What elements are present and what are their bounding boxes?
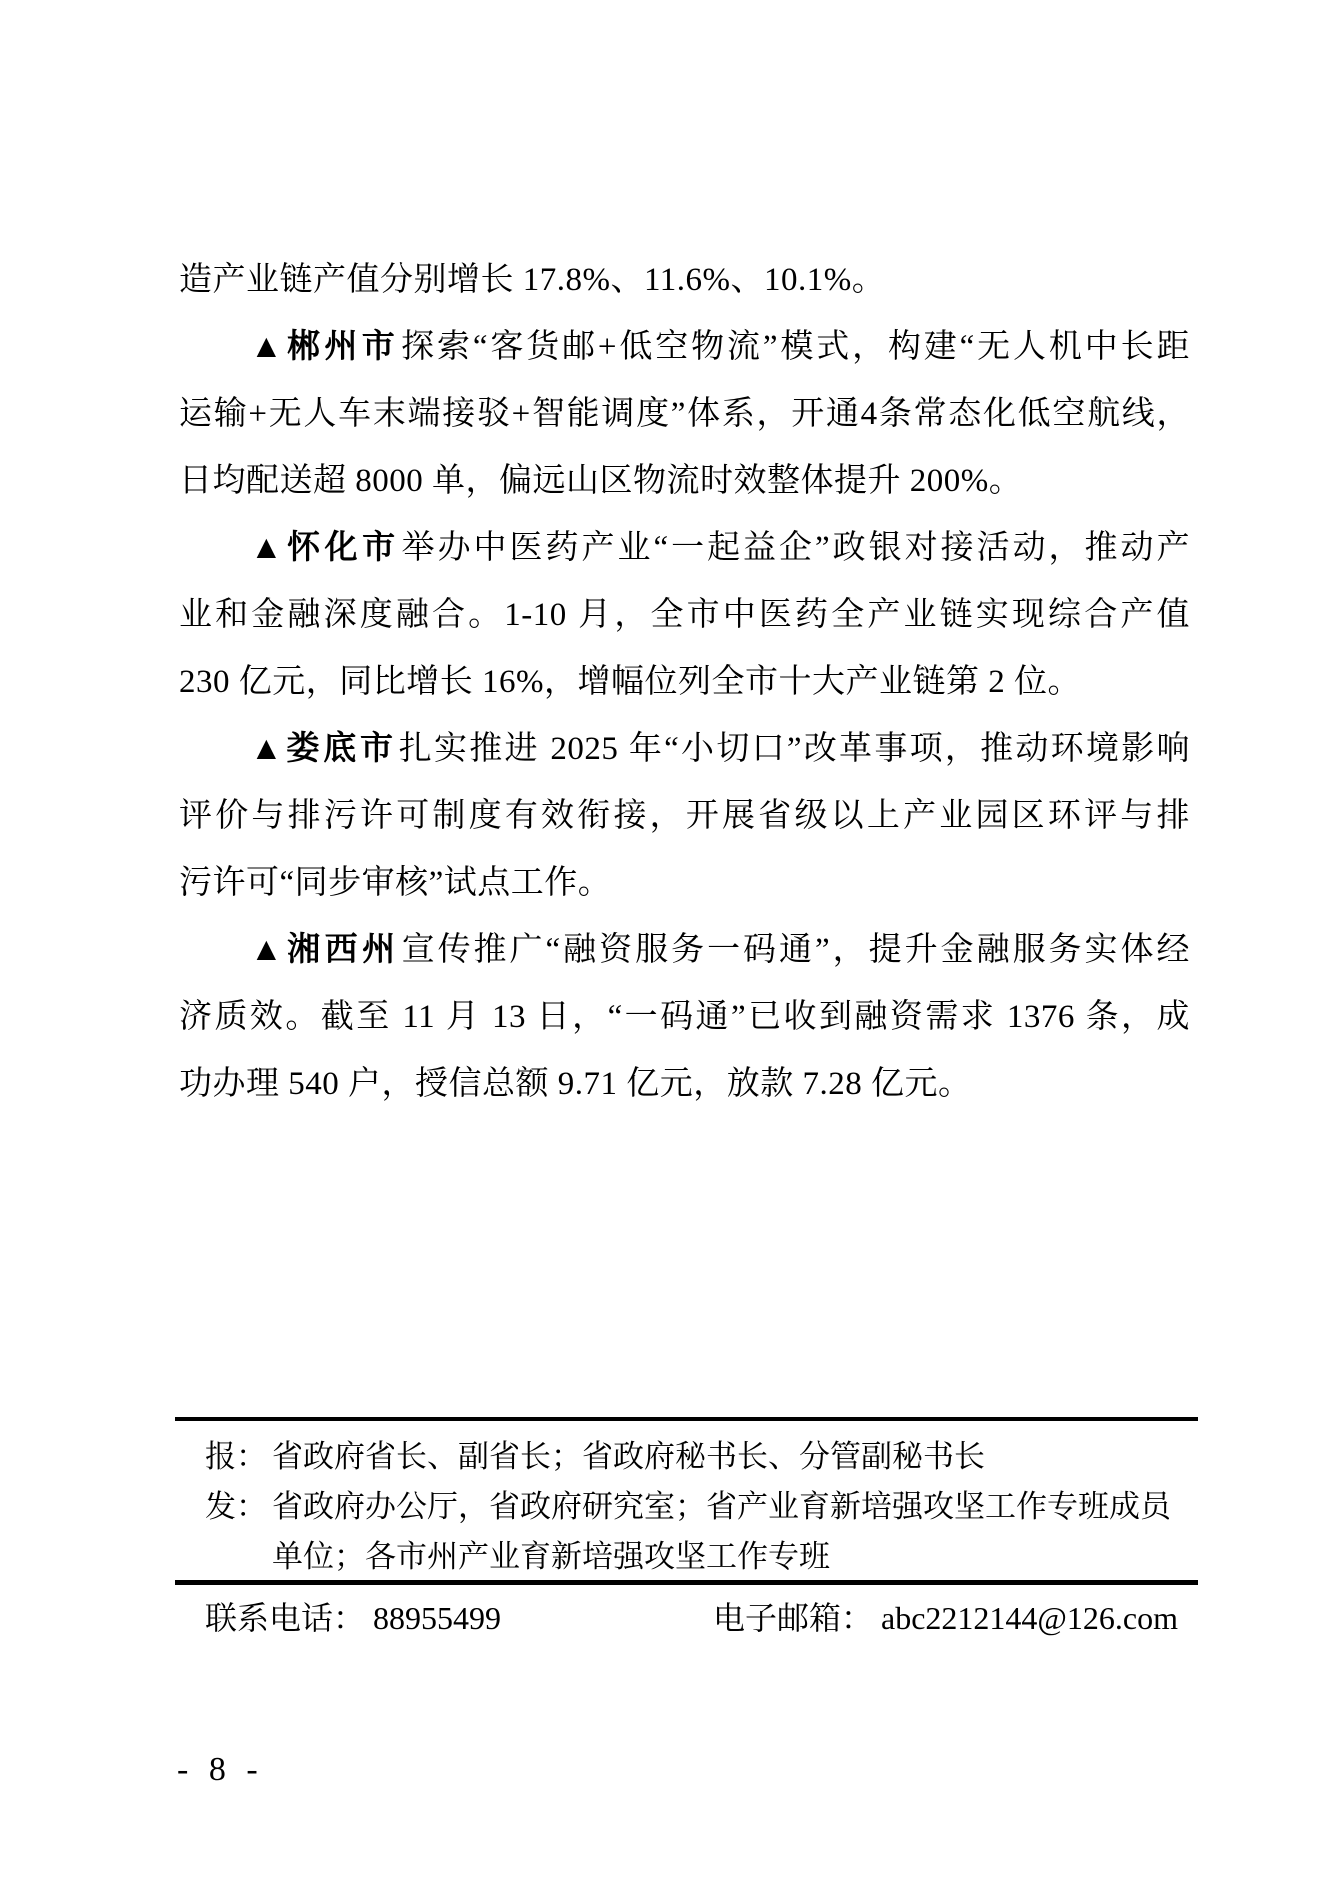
body-line: ▲湘西州宣传推广“融资服务一码通”，提升金融服务实体经 — [177, 915, 1190, 982]
city-name: ▲湘西州 — [250, 930, 402, 967]
line-text: 日均配送超 8000 单，偏远山区物流时效整体提升 200%。 — [179, 463, 1022, 499]
body-line: 日均配送超 8000 单，偏远山区物流时效整体提升 200%。 — [177, 446, 1190, 513]
contact-phone-group: 联系电话：88955499 — [205, 1600, 501, 1636]
contact-phone-number: 88955499 — [365, 1600, 501, 1636]
city-name: ▲郴州市 — [250, 327, 401, 364]
line-text: 济质效。截至 11 月 13 日，“一码通”已收到融资需求 1376 条，成 — [179, 999, 1190, 1035]
body-line: 污许可“同步审核”试点工作。 — [177, 848, 1190, 915]
city-name: ▲娄底市 — [250, 729, 399, 766]
distribute-line-2: 单位；各市州产业育新培强攻坚工作专班 — [272, 1532, 1190, 1582]
line-text: 功办理 540 户，授信总额 9.71 亿元，放款 7.28 亿元。 — [179, 1066, 972, 1102]
contact-email-group: 电子邮箱：abc2212144@126.com — [713, 1596, 1178, 1640]
line-text: 举办中医药产业“一起益企”政银对接活动，推动产 — [402, 530, 1190, 566]
footer-distribution-block: 报： 省政府省长、副省长；省政府秘书长、分管副秘书长 发： 省政府办公厅，省政府… — [205, 1432, 1190, 1582]
line-text: 运输+无人车末端接驳+智能调度”体系，开通4条常态化低空航线， — [179, 396, 1190, 432]
footer-distribute-row: 发： 省政府办公厅，省政府研究室；省产业育新培强攻坚工作专班成员 单位；各市州产… — [205, 1482, 1190, 1582]
body-line: 运输+无人车末端接驳+智能调度”体系，开通4条常态化低空航线， — [177, 379, 1190, 446]
body-line: ▲郴州市探索“客货邮+低空物流”模式，构建“无人机中长距 — [177, 312, 1190, 379]
body-line: 业和金融深度融合。1-10 月，全市中医药全产业链实现综合产值 — [177, 580, 1190, 647]
contact-phone-label: 联系电话： — [205, 1600, 365, 1636]
line-text: 污许可“同步审核”试点工作。 — [179, 865, 611, 901]
body-line: 230 亿元，同比增长 16%，增幅位列全市十大产业链第 2 位。 — [177, 647, 1190, 714]
report-recipients: 省政府省长、副省长；省政府秘书长、分管副秘书长 — [272, 1432, 1190, 1482]
body-line: ▲怀化市举办中医药产业“一起益企”政银对接活动，推动产 — [177, 513, 1190, 580]
body-line: 功办理 540 户，授信总额 9.71 亿元，放款 7.28 亿元。 — [177, 1049, 1190, 1116]
line-text: 业和金融深度融合。1-10 月，全市中医药全产业链实现综合产值 — [179, 597, 1190, 633]
body-line: 造产业链产值分别增长 17.8%、11.6%、10.1%。 — [177, 245, 1190, 312]
contact-email-label: 电子邮箱： — [713, 1600, 873, 1636]
footer-divider-top — [175, 1417, 1198, 1421]
line-text: 造产业链产值分别增长 17.8%、11.6%、10.1%。 — [179, 262, 885, 298]
document-body: 造产业链产值分别增长 17.8%、11.6%、10.1%。 ▲郴州市探索“客货邮… — [177, 245, 1190, 1116]
line-text: 探索“客货邮+低空物流”模式，构建“无人机中长距 — [401, 329, 1190, 365]
footer-report-row: 报： 省政府省长、副省长；省政府秘书长、分管副秘书长 — [205, 1432, 1190, 1482]
city-name: ▲怀化市 — [250, 528, 402, 565]
line-text: 230 亿元，同比增长 16%，增幅位列全市十大产业链第 2 位。 — [179, 664, 1081, 700]
line-text: 评价与排污许可制度有效衔接，开展省级以上产业园区环评与排 — [179, 798, 1190, 834]
line-text: 扎实推进 2025 年“小切口”改革事项，推动环境影响 — [399, 731, 1190, 767]
footer-contact-row: 联系电话：88955499 电子邮箱：abc2212144@126.com — [205, 1596, 1190, 1640]
body-line: 评价与排污许可制度有效衔接，开展省级以上产业园区环评与排 — [177, 781, 1190, 848]
line-text: 宣传推广“融资服务一码通”，提升金融服务实体经 — [402, 932, 1190, 968]
page-number: - 8 - — [177, 1748, 264, 1792]
distribute-recipients: 省政府办公厅，省政府研究室；省产业育新培强攻坚工作专班成员 单位；各市州产业育新… — [272, 1482, 1190, 1582]
body-line: 济质效。截至 11 月 13 日，“一码通”已收到融资需求 1376 条，成 — [177, 982, 1190, 1049]
footer-divider-bottom — [175, 1580, 1198, 1585]
distribute-line-1: 省政府办公厅，省政府研究室；省产业育新培强攻坚工作专班成员 — [272, 1482, 1190, 1532]
contact-email-address: abc2212144@126.com — [873, 1600, 1178, 1636]
distribute-label: 发： — [205, 1482, 272, 1532]
document-page: 造产业链产值分别增长 17.8%、11.6%、10.1%。 ▲郴州市探索“客货邮… — [0, 0, 1334, 1887]
body-line: ▲娄底市扎实推进 2025 年“小切口”改革事项，推动环境影响 — [177, 714, 1190, 781]
report-label: 报： — [205, 1432, 272, 1482]
